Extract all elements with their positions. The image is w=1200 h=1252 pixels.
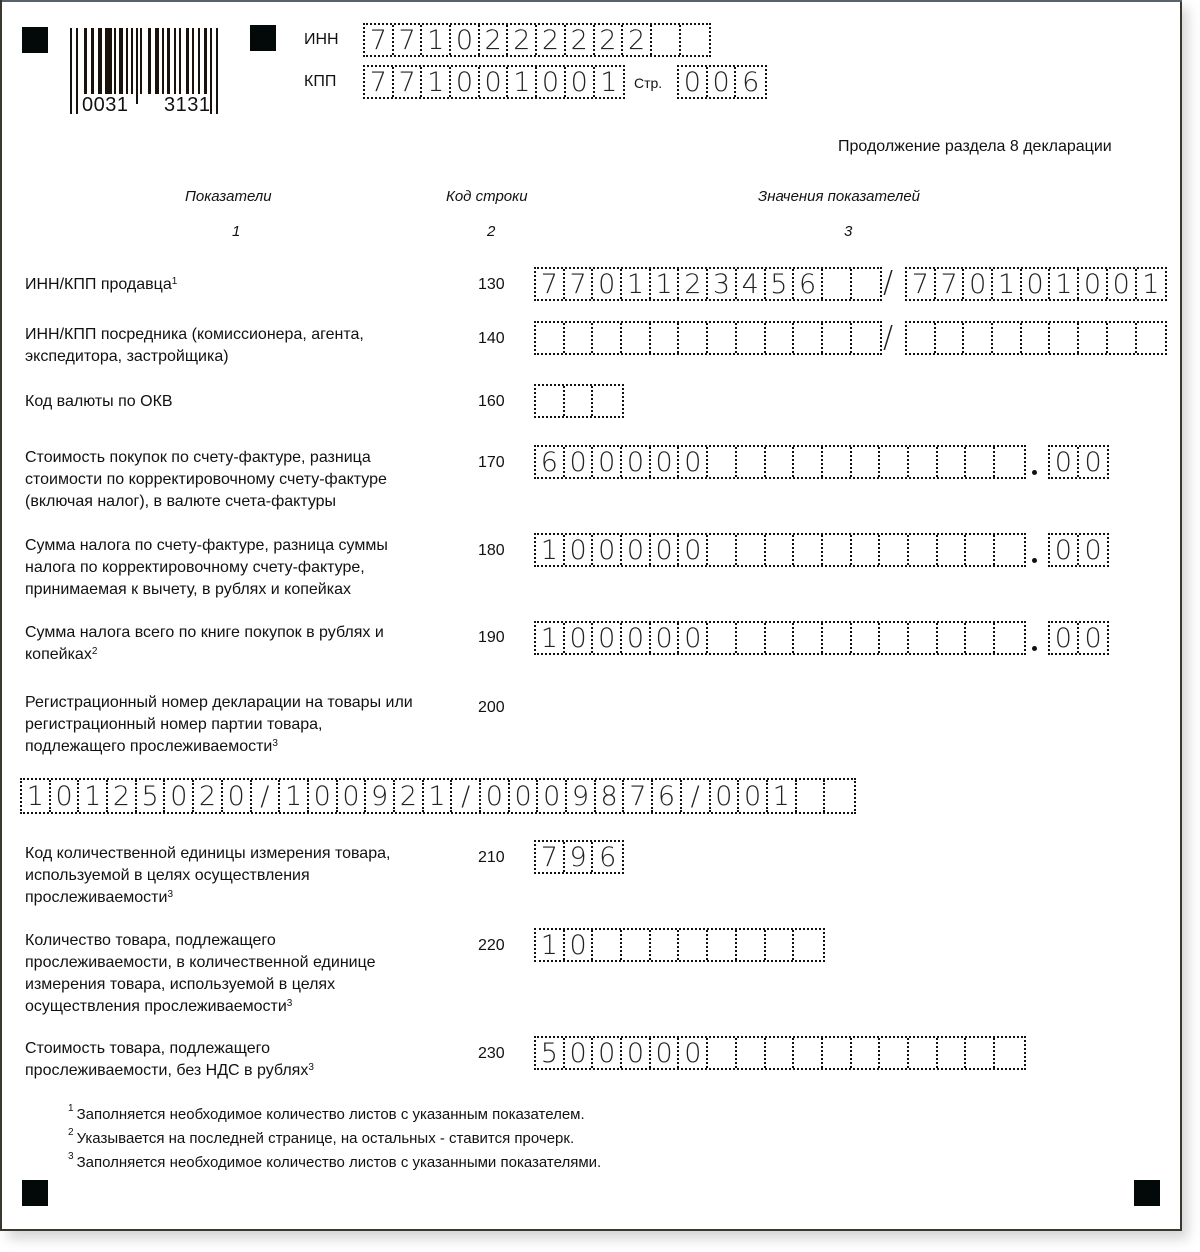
comb-cell[interactable] bbox=[708, 323, 737, 353]
comb-cell[interactable] bbox=[593, 930, 622, 960]
comb-cell[interactable] bbox=[909, 1038, 938, 1068]
comb-cell[interactable]: 6 bbox=[653, 780, 682, 812]
comb-cell[interactable] bbox=[909, 623, 938, 653]
comb-cell[interactable] bbox=[852, 323, 881, 353]
comb-cell[interactable] bbox=[737, 623, 766, 653]
label-line: копейках2 bbox=[25, 644, 384, 666]
row-170-code: 170 bbox=[478, 454, 505, 472]
comb-cell[interactable] bbox=[651, 930, 680, 960]
comb-cell[interactable]: 2 bbox=[566, 25, 595, 55]
comb-cell[interactable] bbox=[766, 323, 795, 353]
comb-cell[interactable]: 2 bbox=[537, 25, 566, 55]
comb-cell[interactable]: 9 bbox=[565, 842, 594, 872]
comb-cell[interactable]: 6 bbox=[536, 447, 565, 477]
comb-cell[interactable]: 2 bbox=[194, 780, 223, 812]
comb-cell[interactable]: 0 bbox=[565, 535, 594, 565]
comb-cell[interactable] bbox=[852, 447, 881, 477]
comb-cell[interactable] bbox=[823, 1038, 852, 1068]
comb-cell[interactable] bbox=[536, 323, 565, 353]
comb-cell[interactable]: 2 bbox=[595, 25, 624, 55]
comb-cell[interactable] bbox=[681, 25, 710, 55]
label-line: ИНН/КПП посредника (комиссионера, агента… bbox=[25, 324, 364, 346]
comb-cell[interactable] bbox=[679, 323, 708, 353]
comb-cell[interactable]: 1 bbox=[622, 269, 651, 299]
label-line: измерения товара, используемой в целях bbox=[25, 974, 375, 996]
comb-cell[interactable]: 7 bbox=[536, 842, 565, 872]
comb-cell[interactable]: 1 bbox=[22, 780, 51, 812]
comb-cell[interactable] bbox=[766, 447, 795, 477]
row-130-code: 130 bbox=[478, 276, 505, 294]
header-kpp-field[interactable]: 771001001 bbox=[363, 65, 625, 99]
row-230-label: Стоимость товара, подлежащегопрослеживае… bbox=[25, 1038, 314, 1082]
comb-cell[interactable]: 6 bbox=[593, 842, 622, 872]
comb-cell[interactable] bbox=[852, 269, 881, 299]
comb-cell[interactable]: 0 bbox=[1108, 269, 1137, 299]
row-170-decimal-point bbox=[1032, 470, 1037, 475]
comb-cell[interactable]: 0 bbox=[1079, 535, 1108, 565]
declaration-page: 0031 3131 ИНН 7710222222 КПП 771001001 С… bbox=[0, 0, 1182, 1231]
label-line: Код количественной единицы измерения тов… bbox=[25, 843, 390, 865]
label-line: Количество товара, подлежащего bbox=[25, 930, 375, 952]
column-header-indicators: Показатели bbox=[185, 188, 272, 205]
comb-cell[interactable] bbox=[565, 386, 594, 416]
comb-cell[interactable]: 0 bbox=[566, 67, 595, 97]
comb-cell[interactable] bbox=[766, 535, 795, 565]
comb-cell[interactable] bbox=[964, 323, 993, 353]
comb-cell[interactable]: 7 bbox=[365, 67, 394, 97]
comb-cell[interactable] bbox=[622, 323, 651, 353]
comb-cell[interactable]: 2 bbox=[108, 780, 137, 812]
comb-cell[interactable] bbox=[593, 386, 622, 416]
label-line: Стоимость покупок по счету-фактуре, разн… bbox=[25, 447, 387, 469]
comb-cell[interactable] bbox=[679, 930, 708, 960]
comb-cell[interactable]: 7 bbox=[624, 780, 653, 812]
comb-cell[interactable]: 0 bbox=[622, 447, 651, 477]
comb-cell[interactable]: 0 bbox=[481, 780, 510, 812]
row-180-integer-field[interactable]: 100000 bbox=[534, 533, 1026, 567]
comb-cell[interactable]: 0 bbox=[565, 930, 594, 960]
comb-cell[interactable]: 1 bbox=[536, 623, 565, 653]
row-140-separator: / bbox=[883, 320, 893, 355]
comb-cell[interactable]: 0 bbox=[1079, 623, 1108, 653]
row-190-code: 190 bbox=[478, 629, 505, 647]
comb-cell[interactable] bbox=[766, 930, 795, 960]
comb-cell[interactable]: 0 bbox=[622, 535, 651, 565]
row-180-code: 180 bbox=[478, 542, 505, 560]
row-160-currency-field[interactable] bbox=[534, 384, 624, 418]
comb-cell[interactable]: 0 bbox=[651, 1038, 680, 1068]
comb-cell[interactable] bbox=[852, 623, 881, 653]
comb-cell[interactable]: 5 bbox=[137, 780, 166, 812]
comb-cell[interactable]: 0 bbox=[565, 447, 594, 477]
comb-cell[interactable] bbox=[708, 930, 737, 960]
row-140-label: ИНН/КПП посредника (комиссионера, агента… bbox=[25, 324, 364, 368]
comb-cell[interactable]: 8 bbox=[596, 780, 625, 812]
comb-cell[interactable]: 0 bbox=[309, 780, 338, 812]
comb-cell[interactable] bbox=[909, 447, 938, 477]
page-label: Стр. bbox=[634, 72, 662, 94]
comb-cell[interactable] bbox=[794, 447, 823, 477]
comb-cell[interactable]: 3 bbox=[708, 269, 737, 299]
label-line: регистрационный номер партии товара, bbox=[25, 714, 413, 736]
row-140-code: 140 bbox=[478, 330, 505, 348]
comb-cell[interactable]: 1 bbox=[1137, 269, 1166, 299]
row-180-decimal-field[interactable]: 00 bbox=[1048, 533, 1109, 567]
comb-cell[interactable]: 0 bbox=[739, 780, 768, 812]
comb-cell[interactable]: 1 bbox=[1050, 269, 1079, 299]
comb-cell[interactable]: 9 bbox=[366, 780, 395, 812]
comb-cell[interactable]: 1 bbox=[768, 780, 797, 812]
comb-cell[interactable]: 6 bbox=[794, 269, 823, 299]
comb-cell[interactable] bbox=[938, 447, 967, 477]
row-130-label: ИНН/КПП продавца1 bbox=[25, 274, 177, 296]
comb-cell[interactable]: 0 bbox=[480, 67, 509, 97]
comb-cell[interactable]: 9 bbox=[567, 780, 596, 812]
comb-cell[interactable] bbox=[737, 447, 766, 477]
column-number-1: 1 bbox=[232, 223, 240, 240]
comb-cell[interactable] bbox=[651, 323, 680, 353]
comb-cell[interactable] bbox=[737, 535, 766, 565]
label-line: Стоимость товара, подлежащего bbox=[25, 1038, 314, 1060]
comb-cell[interactable] bbox=[794, 323, 823, 353]
comb-cell[interactable]: 0 bbox=[165, 780, 194, 812]
comb-cell[interactable]: 0 bbox=[451, 25, 480, 55]
comb-cell[interactable] bbox=[1137, 323, 1166, 353]
comb-cell[interactable] bbox=[966, 535, 995, 565]
label-line: Сумма налога всего по книге покупок в ру… bbox=[25, 622, 384, 644]
row-200-label: Регистрационный номер декларации на това… bbox=[25, 692, 413, 758]
comb-cell[interactable]: 0 bbox=[651, 623, 680, 653]
column-number-3: 3 bbox=[844, 223, 852, 240]
row-220-label: Количество товара, подлежащегопрослежива… bbox=[25, 930, 375, 1018]
comb-cell[interactable] bbox=[880, 623, 909, 653]
comb-cell[interactable] bbox=[938, 623, 967, 653]
label-line: налога по корректировочному счету-фактур… bbox=[25, 557, 388, 579]
comb-cell[interactable]: 0 bbox=[708, 67, 737, 97]
comb-cell[interactable] bbox=[622, 930, 651, 960]
footnote-3: 3Заполняется необходимое количество лист… bbox=[68, 1154, 601, 1171]
comb-cell[interactable]: 0 bbox=[593, 623, 622, 653]
row-190-integer-field[interactable]: 100000 bbox=[534, 621, 1026, 655]
comb-cell[interactable]: 7 bbox=[394, 25, 423, 55]
row-210-code: 210 bbox=[478, 849, 505, 867]
footnote-2: 2Указывается на последней странице, на о… bbox=[68, 1130, 574, 1147]
comb-cell[interactable]: 0 bbox=[1079, 447, 1108, 477]
comb-cell[interactable]: / bbox=[452, 780, 481, 812]
comb-cell[interactable]: 2 bbox=[623, 25, 652, 55]
comb-cell[interactable]: 1 bbox=[993, 269, 1022, 299]
comb-cell[interactable] bbox=[880, 447, 909, 477]
label-line: принимаемая к вычету, в рублях и копейка… bbox=[25, 579, 388, 601]
comb-cell[interactable] bbox=[938, 535, 967, 565]
label-line: прослеживаемости, в количественной едини… bbox=[25, 952, 375, 974]
comb-cell[interactable] bbox=[966, 447, 995, 477]
row-200-registration-number-field[interactable]: 10125020/100921/0009876/001 bbox=[20, 778, 856, 814]
header-inn-field[interactable]: 7710222222 bbox=[363, 23, 711, 57]
comb-cell[interactable]: 0 bbox=[51, 780, 80, 812]
comb-cell[interactable]: 7 bbox=[565, 269, 594, 299]
comb-cell[interactable] bbox=[907, 323, 936, 353]
comb-cell[interactable] bbox=[995, 1038, 1024, 1068]
footnote-1: 1Заполняется необходимое количество лист… bbox=[68, 1106, 585, 1123]
comb-cell[interactable] bbox=[995, 623, 1024, 653]
corner-marker-top-mid bbox=[250, 25, 276, 51]
comb-cell[interactable]: 0 bbox=[538, 780, 567, 812]
row-190-decimal-field[interactable]: 00 bbox=[1048, 621, 1109, 655]
comb-cell[interactable]: 0 bbox=[964, 269, 993, 299]
comb-cell[interactable]: 0 bbox=[679, 1038, 708, 1068]
row-170-integer-field[interactable]: 600000 bbox=[534, 445, 1026, 479]
comb-cell[interactable]: 0 bbox=[451, 67, 480, 97]
label-line: используемой в целях осуществления bbox=[25, 865, 390, 887]
comb-cell[interactable] bbox=[825, 780, 854, 812]
comb-cell[interactable]: 0 bbox=[593, 447, 622, 477]
comb-cell[interactable] bbox=[794, 535, 823, 565]
row-130-kpp-field[interactable]: 770101001 bbox=[905, 267, 1167, 301]
comb-cell[interactable] bbox=[823, 535, 852, 565]
comb-cell[interactable] bbox=[852, 535, 881, 565]
comb-cell[interactable]: 0 bbox=[679, 623, 708, 653]
comb-cell[interactable] bbox=[737, 323, 766, 353]
comb-cell[interactable]: / bbox=[682, 780, 711, 812]
comb-cell[interactable] bbox=[708, 535, 737, 565]
comb-cell[interactable] bbox=[536, 386, 565, 416]
comb-cell[interactable]: 0 bbox=[1079, 269, 1108, 299]
row-180-label: Сумма налога по счету-фактуре, разница с… bbox=[25, 535, 388, 601]
comb-cell[interactable] bbox=[1079, 323, 1108, 353]
comb-cell[interactable]: 0 bbox=[565, 1038, 594, 1068]
comb-cell[interactable] bbox=[565, 323, 594, 353]
comb-cell[interactable] bbox=[993, 323, 1022, 353]
label-line: (включая налог), в валюте счета-фактуры bbox=[25, 491, 387, 513]
comb-cell[interactable]: 0 bbox=[1050, 447, 1079, 477]
comb-cell[interactable]: 0 bbox=[622, 1038, 651, 1068]
label-line: Регистрационный номер декларации на това… bbox=[25, 692, 413, 714]
comb-cell[interactable] bbox=[737, 1038, 766, 1068]
comb-cell[interactable] bbox=[766, 1038, 795, 1068]
comb-cell[interactable] bbox=[794, 623, 823, 653]
row-160-code: 160 bbox=[478, 393, 505, 411]
comb-cell[interactable]: 1 bbox=[536, 930, 565, 960]
comb-cell[interactable]: 2 bbox=[480, 25, 509, 55]
comb-cell[interactable]: 0 bbox=[537, 67, 566, 97]
comb-cell[interactable] bbox=[936, 323, 965, 353]
comb-cell[interactable]: 0 bbox=[679, 67, 708, 97]
comb-cell[interactable]: 7 bbox=[907, 269, 936, 299]
column-number-2: 2 bbox=[487, 223, 495, 240]
corner-marker-bottom-left bbox=[22, 1180, 48, 1206]
comb-cell[interactable] bbox=[966, 1038, 995, 1068]
comb-cell[interactable]: 0 bbox=[679, 447, 708, 477]
comb-cell[interactable]: 0 bbox=[510, 780, 539, 812]
comb-cell[interactable]: 1 bbox=[595, 67, 624, 97]
comb-cell[interactable]: 4 bbox=[737, 269, 766, 299]
comb-cell[interactable]: 0 bbox=[651, 535, 680, 565]
row-210-unit-code-field[interactable]: 796 bbox=[534, 840, 624, 874]
comb-cell[interactable] bbox=[708, 447, 737, 477]
comb-cell[interactable] bbox=[909, 535, 938, 565]
comb-cell[interactable]: 7 bbox=[536, 269, 565, 299]
row-160-label: Код валюты по ОКВ bbox=[25, 391, 173, 413]
comb-cell[interactable] bbox=[593, 323, 622, 353]
section-title: Продолжение раздела 8 декларации bbox=[838, 136, 1112, 158]
barcode-number-right: 3131 bbox=[164, 94, 211, 117]
comb-cell[interactable]: 0 bbox=[593, 535, 622, 565]
page-top-edge bbox=[2, 0, 1182, 2]
comb-cell[interactable] bbox=[823, 447, 852, 477]
comb-cell[interactable] bbox=[708, 623, 737, 653]
comb-cell[interactable] bbox=[1022, 323, 1051, 353]
comb-cell[interactable] bbox=[995, 535, 1024, 565]
comb-cell[interactable]: 1 bbox=[422, 67, 451, 97]
comb-cell[interactable] bbox=[880, 1038, 909, 1068]
comb-cell[interactable]: / bbox=[252, 780, 281, 812]
comb-cell[interactable]: 7 bbox=[936, 269, 965, 299]
comb-cell[interactable] bbox=[708, 1038, 737, 1068]
barcode-number-left: 0031 bbox=[82, 94, 129, 117]
comb-cell[interactable] bbox=[737, 930, 766, 960]
corner-marker-bottom-right bbox=[1134, 1180, 1160, 1206]
comb-cell[interactable] bbox=[766, 623, 795, 653]
comb-cell[interactable]: 6 bbox=[736, 67, 765, 97]
kpp-label: КПП bbox=[304, 71, 336, 93]
page-number-field[interactable]: 006 bbox=[677, 65, 767, 99]
comb-cell[interactable]: 0 bbox=[593, 1038, 622, 1068]
row-140-inn-field[interactable] bbox=[534, 321, 882, 355]
comb-cell[interactable]: 0 bbox=[338, 780, 367, 812]
comb-cell[interactable]: 1 bbox=[280, 780, 309, 812]
comb-cell[interactable]: 1 bbox=[508, 67, 537, 97]
comb-cell[interactable] bbox=[1108, 323, 1137, 353]
row-220-quantity-field[interactable]: 10 bbox=[534, 928, 825, 962]
comb-cell[interactable] bbox=[852, 1038, 881, 1068]
comb-cell[interactable]: 1 bbox=[536, 535, 565, 565]
row-170-decimal-field[interactable]: 00 bbox=[1048, 445, 1109, 479]
comb-cell[interactable]: 0 bbox=[1050, 623, 1079, 653]
comb-cell[interactable]: 5 bbox=[766, 269, 795, 299]
comb-cell[interactable] bbox=[938, 1038, 967, 1068]
comb-cell[interactable] bbox=[794, 930, 823, 960]
comb-cell[interactable] bbox=[1050, 323, 1079, 353]
comb-cell[interactable] bbox=[880, 535, 909, 565]
corner-marker-top-left bbox=[22, 27, 48, 53]
inn-label: ИНН bbox=[304, 29, 339, 51]
label-line: Сумма налога по счету-фактуре, разница с… bbox=[25, 535, 388, 557]
comb-cell[interactable]: 1 bbox=[79, 780, 108, 812]
row-210-label: Код количественной единицы измерения тов… bbox=[25, 843, 390, 909]
label-line: прослеживаемости, без НДС в рублях3 bbox=[25, 1060, 314, 1082]
comb-cell[interactable] bbox=[652, 25, 681, 55]
comb-cell[interactable] bbox=[966, 623, 995, 653]
comb-cell[interactable]: 0 bbox=[651, 447, 680, 477]
row-190-label: Сумма налога всего по книге покупок в ру… bbox=[25, 622, 384, 666]
comb-cell[interactable]: 7 bbox=[365, 25, 394, 55]
comb-cell[interactable]: 2 bbox=[395, 780, 424, 812]
row-140-kpp-field[interactable] bbox=[905, 321, 1167, 355]
row-180-decimal-point bbox=[1032, 558, 1037, 563]
row-220-code: 220 bbox=[478, 937, 505, 955]
barcode: 0031 3131 bbox=[70, 28, 230, 116]
label-line: подлежащего прослеживаемости3 bbox=[25, 736, 413, 758]
column-header-values: Значения показателей bbox=[758, 188, 920, 205]
comb-cell[interactable]: 0 bbox=[679, 535, 708, 565]
label-line: осуществления прослеживаемости3 bbox=[25, 996, 375, 1018]
comb-cell[interactable]: 0 bbox=[1050, 535, 1079, 565]
comb-cell[interactable]: 5 bbox=[536, 1038, 565, 1068]
comb-cell[interactable]: 2 bbox=[679, 269, 708, 299]
column-header-line-code: Код строки bbox=[446, 188, 528, 205]
comb-cell[interactable]: 2 bbox=[508, 25, 537, 55]
comb-cell[interactable] bbox=[995, 447, 1024, 477]
row-230-cost-field[interactable]: 500000 bbox=[534, 1036, 1026, 1070]
comb-cell[interactable] bbox=[823, 323, 852, 353]
comb-cell[interactable]: 0 bbox=[622, 623, 651, 653]
comb-cell[interactable] bbox=[823, 623, 852, 653]
comb-cell[interactable]: 0 bbox=[223, 780, 252, 812]
comb-cell[interactable]: 1 bbox=[651, 269, 680, 299]
row-130-separator: / bbox=[883, 265, 893, 300]
comb-cell[interactable]: 0 bbox=[711, 780, 740, 812]
row-170-label: Стоимость покупок по счету-фактуре, разн… bbox=[25, 447, 387, 513]
label-line: прослеживаемости3 bbox=[25, 887, 390, 909]
row-190-decimal-point bbox=[1032, 646, 1037, 651]
row-230-code: 230 bbox=[478, 1045, 505, 1063]
comb-cell[interactable] bbox=[823, 269, 852, 299]
label-line: экспедитора, застройщика) bbox=[25, 346, 364, 368]
comb-cell[interactable]: 0 bbox=[593, 269, 622, 299]
comb-cell[interactable] bbox=[794, 1038, 823, 1068]
row-130-inn-field[interactable]: 7701123456 bbox=[534, 267, 882, 301]
comb-cell[interactable]: 0 bbox=[1022, 269, 1051, 299]
comb-cell[interactable]: 0 bbox=[565, 623, 594, 653]
comb-cell[interactable] bbox=[797, 780, 826, 812]
row-200-code: 200 bbox=[478, 699, 505, 717]
comb-cell[interactable]: 7 bbox=[394, 67, 423, 97]
comb-cell[interactable]: 1 bbox=[424, 780, 453, 812]
label-line: стоимости по корректировочному счету-фак… bbox=[25, 469, 387, 491]
comb-cell[interactable]: 1 bbox=[422, 25, 451, 55]
